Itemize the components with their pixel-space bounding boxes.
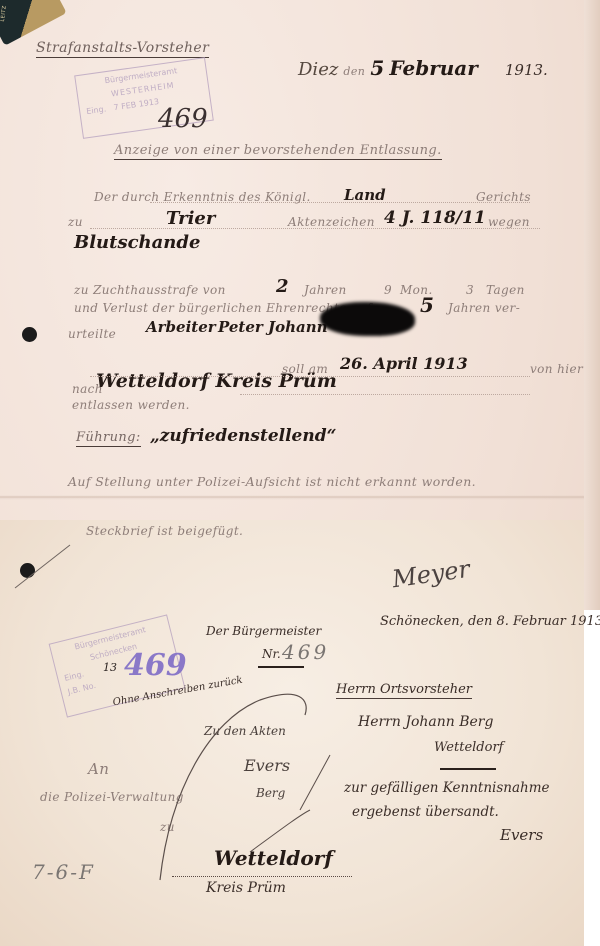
sentence-days: 3	[466, 283, 474, 297]
destination: Wetteldorf Kreis Prüm	[96, 370, 337, 392]
punch-hole-top	[22, 327, 37, 342]
place: Diez	[298, 59, 338, 80]
circled-note-signature: Evers	[244, 756, 290, 775]
body-line2-post: wegen	[488, 215, 530, 229]
sentence-months: 9	[384, 283, 392, 297]
date-month: Februar	[389, 56, 477, 80]
circled-note-line-1: Zu den Akten	[204, 724, 286, 738]
endorsement-request-2: ergebenst übersandt.	[352, 804, 499, 820]
address-district: Kreis Prüm	[206, 880, 286, 896]
date-day: 5	[370, 56, 384, 80]
body-line3-pre: zu Zuchthausstrafe von	[74, 283, 226, 297]
circled-note-line-3: Berg	[256, 786, 285, 800]
page-edge-background	[584, 610, 600, 946]
redacted-surname	[320, 302, 415, 336]
stamp-bottom-day: 13	[103, 661, 117, 674]
body-line2-mid: Aktenzeichen	[288, 215, 375, 229]
date-prefix: den	[343, 65, 365, 78]
body-line6-post: von hier	[530, 362, 583, 376]
mayor-number-prefix: Nr.	[262, 647, 281, 661]
mayor-number-underline	[258, 666, 304, 668]
body-line5-pre: urteilte	[68, 327, 116, 341]
body-line4-post: Jahren ver-	[448, 301, 520, 315]
body-line8: entlassen werden.	[72, 398, 190, 412]
occupation: Arbeiter	[146, 318, 216, 336]
address-place: Wetteldorf	[214, 846, 333, 870]
clip-label: LEITZ	[0, 5, 8, 22]
offense: Blutschande	[74, 232, 200, 253]
pencil-note: 7-6-F	[32, 860, 95, 884]
sender-header: Strafanstalts-Vorsteher	[36, 40, 209, 58]
police-supervision-line: Auf Stellung unter Polizei-Aufsicht ist …	[68, 474, 476, 489]
ruling-line	[240, 394, 530, 395]
stamp-eing-label: Eing.	[86, 104, 107, 116]
subject-line: Anzeige von einer bevorstehenden Entlass…	[114, 143, 442, 160]
registry-number-bottom: 469	[124, 648, 187, 683]
address-recipient: die Polizei-Verwaltung	[40, 790, 184, 804]
file-number: 4 J. 118/11	[384, 208, 486, 228]
mayor-number: 469	[282, 640, 329, 664]
endorsement-place-date: Schönecken, den 8. Februar 1913	[380, 614, 600, 629]
rights-years: 5	[420, 293, 434, 317]
sentence-years: 2	[276, 276, 289, 297]
address-zu: zu	[160, 820, 175, 834]
body-line2-pre: zu	[68, 215, 83, 229]
place-date: Diez den 5 Februar 1913.	[298, 56, 548, 80]
ruling-line	[150, 202, 530, 203]
endorsement-request-1: zur gefälligen Kenntnisnahme	[344, 780, 550, 796]
endorsement-signature: Evers	[500, 826, 543, 844]
release-date: 26. April 1913	[340, 354, 468, 373]
sentence-days-label: Tagen	[486, 283, 525, 297]
address-underline	[172, 876, 352, 877]
date-year: 1913.	[505, 61, 548, 79]
punch-hole-bottom	[20, 563, 35, 578]
address-an: An	[88, 760, 109, 778]
sentence-years-label: Jahren	[304, 283, 347, 297]
endorsement-to-line: Herrn Ortsvorsteher	[336, 682, 472, 699]
ruling-line	[90, 228, 540, 229]
person-name: Peter Johann	[218, 318, 328, 336]
to-place-underline	[440, 768, 496, 770]
conduct-value: „zufriedenstellend“	[150, 426, 336, 446]
stamp-date: 7 FEB 1913	[113, 97, 159, 112]
registry-number-top: 469	[158, 104, 208, 134]
court-place: Trier	[166, 208, 215, 229]
attachment-note: Steckbrief ist beigefügt.	[86, 524, 243, 538]
conduct-label: Führung:	[76, 430, 141, 447]
endorsement-to-place: Wetteldorf	[434, 740, 503, 755]
mayor-title: Der Bürgermeister	[206, 624, 321, 638]
ruling-line	[90, 376, 530, 377]
endorsement-to-name: Herrn Johann Berg	[358, 714, 493, 730]
